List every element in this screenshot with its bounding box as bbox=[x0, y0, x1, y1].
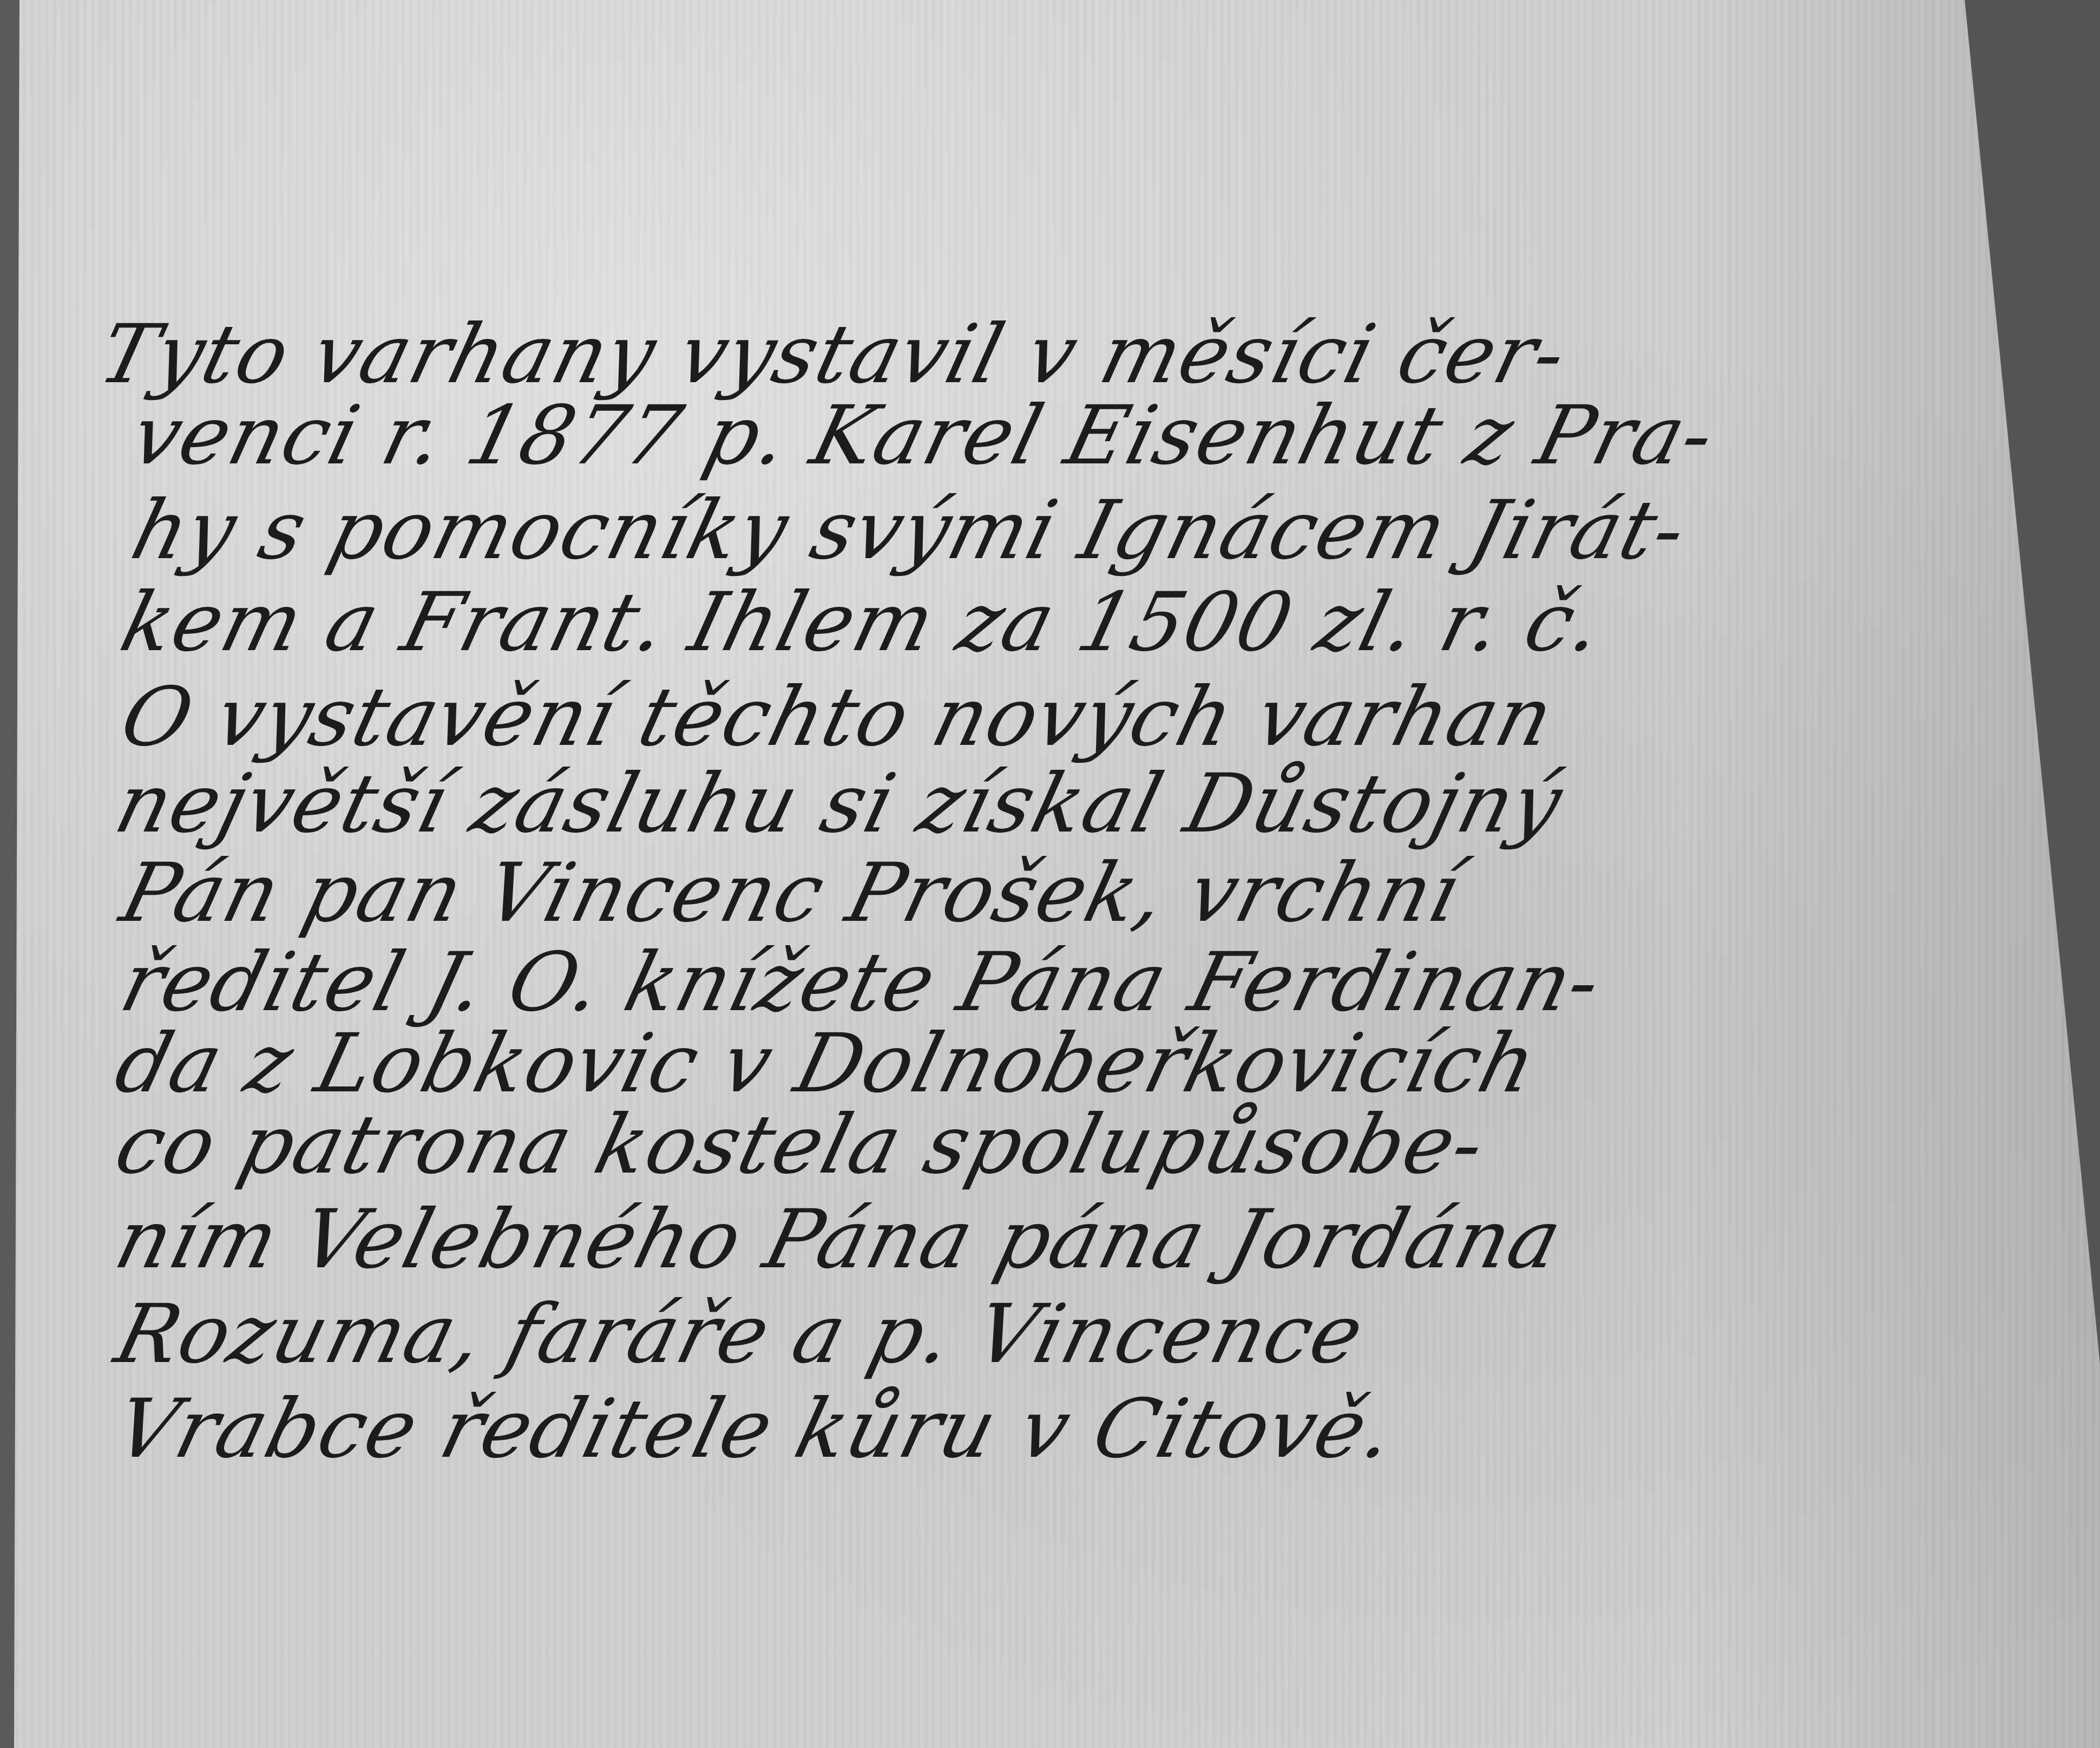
text-line: Tyto varhany vystavil v měsíci čer- bbox=[92, 314, 1574, 395]
text-line: ním Velebného Pána pána Jordána bbox=[108, 1199, 1570, 1280]
text-line: Rozuma, faráře a p. Vincence bbox=[108, 1294, 1371, 1375]
text-line: hy s pomocníky svými Ignácem Jirát- bbox=[124, 490, 1694, 571]
text-line: ředitel J. O. knížete Pána Ferdinan- bbox=[114, 942, 1609, 1023]
text-line: Vrabce ředitele kůru v Citově. bbox=[108, 1389, 1403, 1470]
text-line: O vystavění těchto nových varhan bbox=[114, 677, 1561, 758]
text-line: kem a Frant. Ihlem za 1500 zl. r. č. bbox=[114, 582, 1611, 663]
text-line: venci r. 1877 p. Karel Eisenhut z Pra- bbox=[124, 395, 1723, 476]
text-line: da z Lobkovic v Dolnobeřkovicích bbox=[108, 1023, 1545, 1104]
text-line: největší zásluhu si získal Důstojný bbox=[108, 763, 1570, 844]
text-line: Pán pan Vincenc Prošek, vrchní bbox=[114, 853, 1468, 934]
text-line: co patrona kostela spolupůsobe- bbox=[108, 1104, 1493, 1186]
